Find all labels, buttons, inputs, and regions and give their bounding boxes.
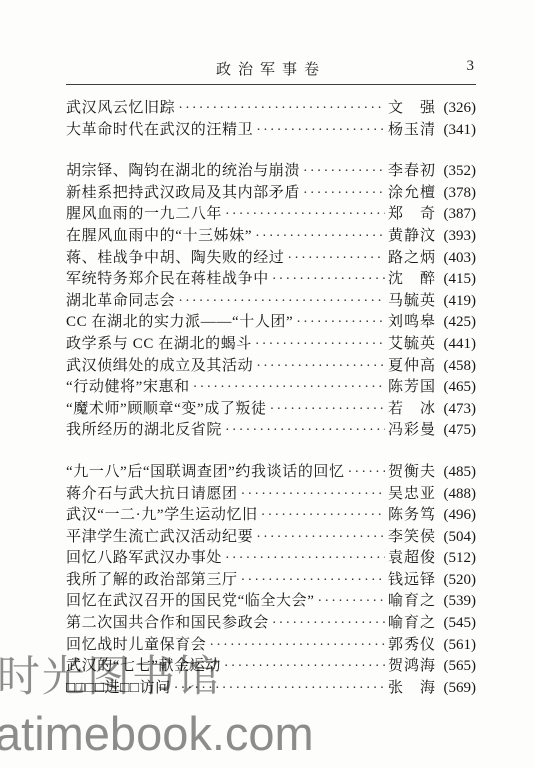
entry-title: “魔术师”顾顺章“变”成了叛徒: [66, 397, 267, 418]
entry-page: (341): [436, 122, 476, 139]
entry-page: (496): [436, 507, 476, 524]
leader-dots: ········································…: [225, 423, 385, 439]
toc-list: 武汉风云忆旧踪 ································…: [66, 96, 476, 697]
entry-author: 文 强: [388, 96, 436, 117]
entry-page: (393): [436, 228, 476, 245]
entry-title: “九一八”后“国联调查团”约我谈话的回忆: [66, 460, 345, 481]
leader-dots: ········································…: [178, 294, 385, 310]
entry-title: 我所经历的湖北反省院: [66, 418, 222, 439]
leader-dots: ········································…: [272, 616, 385, 632]
entry-author: 贺鸿海: [388, 654, 436, 675]
toc-entry-row: 军统特务郑介民在蒋桂战争中 ··························…: [66, 267, 476, 289]
entry-title: 我所了解的政治部第三厅: [66, 568, 238, 589]
toc-entry-row: 武汉侦缉处的成立及其活动 ···························…: [66, 354, 476, 376]
toc-entry-row: 我所了解的政治部第三厅 ····························…: [66, 568, 476, 590]
entry-page: (473): [436, 401, 476, 418]
toc-entry-row: 平津学生流亡武汉活动纪要 ···························…: [66, 525, 476, 547]
leader-dots: ········································…: [348, 465, 385, 481]
toc-entry-row: CC 在湖北的实力派——“十人团” ······················…: [66, 310, 476, 332]
entry-author: 李笑侯: [388, 525, 436, 546]
entry-page: (419): [436, 293, 476, 310]
toc-group: 胡宗铎、陶钧在湖北的统治与崩溃 ························…: [66, 159, 476, 440]
entry-title: “行动健将”宋惠和: [66, 375, 190, 396]
entry-title: 大革命时代在武汉的汪精卫: [66, 118, 253, 139]
leader-dots: ········································…: [287, 251, 385, 267]
entry-title: 军统特务郑介民在蒋桂战争中: [66, 267, 269, 288]
toc-entry-row: 第二次国共合作和国民参政会 ··························…: [66, 611, 476, 633]
entry-title: 湖北革命同志会: [66, 289, 175, 310]
leader-dots: ········································…: [225, 207, 385, 223]
leader-dots: ········································…: [261, 508, 385, 524]
leader-dots: ········································…: [256, 123, 385, 139]
scanned-book-page: 政治军事卷 3 武汉风云忆旧踪 ························…: [0, 0, 534, 768]
entry-page: (387): [436, 206, 476, 223]
leader-dots: ········································…: [270, 402, 385, 418]
toc-entry-row: 蒋、桂战争中胡、陶失败的经过 ·························…: [66, 246, 476, 268]
entry-page: (485): [436, 464, 476, 481]
entry-author: 艾毓英: [388, 332, 436, 353]
toc-entry-row: 回忆战时儿童保育会 ······························…: [66, 633, 476, 655]
toc-entry-row: “魔术师”顾顺章“变”成了叛徒 ························…: [66, 397, 476, 419]
leader-dots: ········································…: [318, 594, 385, 610]
entry-author: 马毓英: [388, 289, 436, 310]
leader-dots: ········································…: [209, 638, 385, 654]
leader-dots: ········································…: [178, 101, 385, 117]
page-content: 政治军事卷 3 武汉风云忆旧踪 ························…: [66, 58, 476, 717]
entry-title: 新桂系把持武汉政局及其内部矛盾: [66, 181, 300, 202]
entry-author: 郑 奇: [388, 202, 436, 223]
leader-dots: ········································…: [272, 272, 385, 288]
entry-author: 涂允檀: [388, 181, 436, 202]
entry-title: 回忆战时儿童保育会: [66, 633, 206, 654]
leader-dots: ········································…: [241, 573, 385, 589]
leader-dots: ········································…: [225, 551, 385, 567]
entry-author: 贺衡夫: [388, 460, 436, 481]
entry-author: 刘鸣皋: [388, 310, 436, 331]
leader-dots: ········································…: [255, 337, 385, 353]
entry-page: (441): [436, 336, 476, 353]
entry-title: 在腥风血雨中的“十三姊妹”: [66, 224, 252, 245]
entry-page: (488): [436, 486, 476, 503]
entry-title: 武汉风云忆旧踪: [66, 96, 175, 117]
entry-author: 喻育之: [388, 589, 436, 610]
toc-entry-row: 蒋介石与武大抗日请愿团 ····························…: [66, 482, 476, 504]
leader-dots: ········································…: [303, 164, 385, 180]
toc-entry-row: 我所经历的湖北反省院 ·····························…: [66, 418, 476, 440]
entry-title: 回忆八路军武汉办事处: [66, 546, 222, 567]
entry-title: 蒋介石与武大抗日请愿团: [66, 482, 238, 503]
entry-page: (512): [436, 550, 476, 567]
entry-author: 吴忠亚: [388, 482, 436, 503]
toc-entry-row: 武汉风云忆旧踪 ································…: [66, 96, 476, 118]
entry-page: (539): [436, 593, 476, 610]
entry-page: (475): [436, 422, 476, 439]
leader-dots: ········································…: [224, 659, 385, 675]
entry-title: 武汉“一二·九”学生运动忆旧: [66, 503, 258, 524]
folio-page-number: 3: [467, 58, 475, 75]
entry-page: (415): [436, 271, 476, 288]
entry-title: 平津学生流亡武汉活动纪要: [66, 525, 253, 546]
toc-entry-row: 回忆八路军武汉办事处 ·····························…: [66, 546, 476, 568]
entry-title: 武汉侦缉处的成立及其活动: [66, 354, 253, 375]
entry-page: (545): [436, 615, 476, 632]
entry-author: 陈务笃: [388, 503, 436, 524]
toc-entry-row: 武汉“一二·九”学生运动忆旧 ·························…: [66, 503, 476, 525]
entry-title: 回忆在武汉召开的国民党“临全大会”: [66, 589, 315, 610]
entry-title: 政学系与 CC 在湖北的蝎斗: [66, 332, 252, 353]
leader-dots: ········································…: [255, 229, 385, 245]
leader-dots: ········································…: [256, 530, 385, 546]
entry-author: 李春初: [388, 159, 436, 180]
entry-author: 黄静汶: [388, 224, 436, 245]
entry-author: 夏仲高: [388, 354, 436, 375]
toc-entry-row: 大革命时代在武汉的汪精卫 ···························…: [66, 118, 476, 140]
section-title: 政治军事卷: [216, 62, 326, 78]
entry-page: (425): [436, 314, 476, 331]
entry-title: 蒋、桂战争中胡、陶失败的经过: [66, 246, 284, 267]
entry-author: 路之炳: [388, 246, 436, 267]
entry-page: (569): [436, 680, 476, 697]
entry-page: (458): [436, 358, 476, 375]
entry-title: 胡宗铎、陶钧在湖北的统治与崩溃: [66, 159, 300, 180]
entry-author: 陈芳国: [388, 375, 436, 396]
toc-group: 武汉风云忆旧踪 ································…: [66, 96, 476, 139]
toc-entry-row: “行动健将”宋惠和 ······························…: [66, 375, 476, 397]
entry-author: 若 冰: [388, 397, 436, 418]
toc-entry-row: 政学系与 CC 在湖北的蝎斗 ·························…: [66, 332, 476, 354]
toc-entry-row: 新桂系把持武汉政局及其内部矛盾 ························…: [66, 181, 476, 203]
leader-dots: ········································…: [241, 487, 385, 503]
entry-page: (378): [436, 185, 476, 202]
entry-author: 郭秀仪: [388, 633, 436, 654]
entry-page: (504): [436, 529, 476, 546]
entry-author: 袁超俊: [388, 546, 436, 567]
entry-author: 杨玉清: [388, 118, 436, 139]
entry-page: (520): [436, 572, 476, 589]
watermark-chinese: 时光图书馆: [0, 656, 222, 699]
header-rule: [66, 84, 476, 85]
toc-entry-row: 湖北革命同志会 ································…: [66, 289, 476, 311]
entry-author: 沈 醉: [388, 267, 436, 288]
entry-title: CC 在湖北的实力派——“十人团”: [66, 310, 293, 331]
entry-page: (561): [436, 637, 476, 654]
entry-page: (565): [436, 658, 476, 675]
leader-dots: ········································…: [296, 315, 385, 331]
leader-dots: ········································…: [193, 380, 385, 396]
entry-page: (326): [436, 100, 476, 117]
running-head: 政治军事卷 3: [66, 58, 476, 82]
entry-author: 冯彩曼: [388, 418, 436, 439]
watermark-url: atimebook.com: [0, 708, 314, 760]
entry-page: (403): [436, 250, 476, 267]
entry-page: (465): [436, 379, 476, 396]
toc-entry-row: 在腥风血雨中的“十三姊妹” ··························…: [66, 224, 476, 246]
entry-author: 钱远铎: [388, 568, 436, 589]
toc-entry-row: 胡宗铎、陶钧在湖北的统治与崩溃 ························…: [66, 159, 476, 181]
entry-title: 第二次国共合作和国民参政会: [66, 611, 269, 632]
entry-page: (352): [436, 163, 476, 180]
toc-entry-row: 腥风血雨的一九二八年 ·····························…: [66, 202, 476, 224]
toc-entry-row: “九一八”后“国联调查团”约我谈话的回忆 ···················…: [66, 460, 476, 482]
toc-entry-row: 回忆在武汉召开的国民党“临全大会” ······················…: [66, 589, 476, 611]
leader-dots: ········································…: [256, 359, 385, 375]
entry-author: 喻育之: [388, 611, 436, 632]
leader-dots: ········································…: [303, 186, 385, 202]
entry-author: 张 海: [388, 676, 436, 697]
entry-title: 腥风血雨的一九二八年: [66, 202, 222, 223]
